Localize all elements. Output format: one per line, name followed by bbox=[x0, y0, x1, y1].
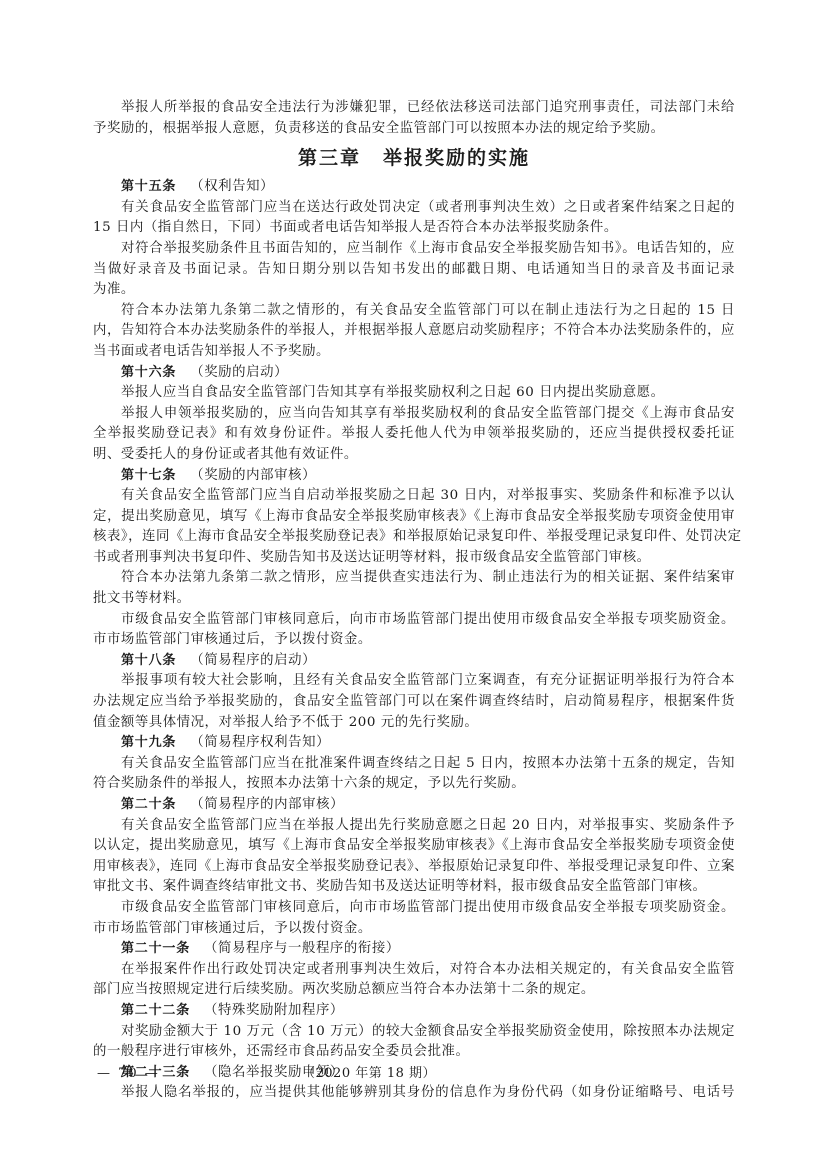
paragraph: 举报事项有较大社会影响，且经有关食品安全监管部门立案调查，有充分证据证明举报行为… bbox=[93, 671, 735, 733]
text-line: 有关食品安全监管部门应当在批准案件调查终结之日起 5 日内，按照本办法第十五条的… bbox=[93, 754, 735, 775]
intro-paragraph: 举报人所举报的食品安全违法行为涉嫌犯罪，已经依法移送司法部门追究刑事责任，司法部… bbox=[93, 98, 735, 139]
text-line: 符合本办法第九条第二款之情形的，有关食品安全监管部门可以在制止违法行为之日起的 … bbox=[93, 301, 735, 322]
article-heading: 第二十条（简易程序的内部审核） bbox=[93, 795, 735, 816]
article: 第二十一条（简易程序与一般程序的衔接）在举报案件作出行政处罚决定或者刑事判决生效… bbox=[93, 939, 735, 1001]
text-line: 当做好录音及书面记录。告知日期分别以告知书发出的邮戳日期、电话通知当日的录音及书… bbox=[93, 260, 735, 281]
article-number: 第十八条 bbox=[121, 653, 176, 668]
paragraph: 举报人申领举报奖励的，应当向告知其享有举报奖励权利的食品安全监管部门提交《上海市… bbox=[93, 404, 735, 466]
text-line: 有关食品安全监管部门应当在送达行政处罚决定（或者刑事判决生效）之日或者案件结案之… bbox=[93, 198, 735, 219]
text-line: 书或者刑事判决书复印件、奖励告知书及送达证明等材料，报市级食品安全监管部门审核。 bbox=[93, 548, 735, 569]
paragraph: 符合本办法第九条第二款之情形，应当提供查实违法行为、制止违法行为的相关证据、案件… bbox=[93, 568, 735, 609]
article: 第十八条（简易程序的启动）举报事项有较大社会影响，且经有关食品安全监管部门立案调… bbox=[93, 651, 735, 733]
article-heading: 第十九条（简易程序权利告知） bbox=[93, 733, 735, 754]
page-number: — 70 — bbox=[97, 1064, 160, 1084]
article-number: 第二十二条 bbox=[121, 1003, 190, 1018]
paragraph: 符合本办法第九条第二款之情形的，有关食品安全监管部门可以在制止违法行为之日起的 … bbox=[93, 301, 735, 363]
text-line: 举报人所举报的食品安全违法行为涉嫌犯罪，已经依法移送司法部门追究刑事责任，司法部… bbox=[93, 98, 735, 119]
paragraph: 举报人应当自食品安全监管部门告知其享有举报奖励权利之日起 60 日内提出奖励意愿… bbox=[93, 383, 735, 404]
text-line: 有关食品安全监管部门应当自启动举报奖励之日起 30 日内，对举报事实、奖励条件和… bbox=[93, 486, 735, 507]
article-title: （简易程序权利告知） bbox=[190, 735, 330, 750]
article-heading: 第二十一条（简易程序与一般程序的衔接） bbox=[93, 939, 735, 960]
text-line: 市级食品安全监管部门审核同意后，向市市场监管部门提出使用市级食品安全举报专项奖励… bbox=[93, 610, 735, 631]
text-line: 办法规定应当给予举报奖励的，食品安全监管部门可以在案件调查终结时，启动简易程序，… bbox=[93, 692, 735, 713]
article-heading: 第十八条（简易程序的启动） bbox=[93, 651, 735, 672]
text-line: 内，告知符合本办法奖励条件的举报人，并根据举报人意愿启动奖励程序；不符合本办法奖… bbox=[93, 321, 735, 342]
text-line: 批文书等材料。 bbox=[93, 589, 735, 610]
chapter-number: 第三章 bbox=[298, 147, 361, 169]
article-title: （简易程序与一般程序的衔接） bbox=[204, 941, 400, 956]
text-line: 市市场监管部门审核通过后，予以拨付资金。 bbox=[93, 919, 735, 940]
chapter-title: 举报奖励的实施 bbox=[383, 147, 530, 169]
paragraph: 市级食品安全监管部门审核同意后，向市市场监管部门提出使用市级食品安全举报专项奖励… bbox=[93, 898, 735, 939]
text-line: 为准。 bbox=[93, 280, 735, 301]
text-line: 明、受委托人的身份证或者其他有效证件。 bbox=[93, 445, 735, 466]
article-title: （奖励的内部审核） bbox=[190, 468, 316, 483]
article: 第十九条（简易程序权利告知）有关食品安全监管部门应当在批准案件调查终结之日起 5… bbox=[93, 733, 735, 795]
text-line: 核表》，连同《上海市食品安全举报奖励登记表》和举报原始记录复印件、举报受理记录复… bbox=[93, 527, 735, 548]
articles-list: 第十五条（权利告知）有关食品安全监管部门应当在送达行政处罚决定（或者刑事判决生效… bbox=[93, 177, 735, 1104]
article-title: （特殊奖励附加程序） bbox=[204, 1003, 344, 1018]
text-line: 举报人应当自食品安全监管部门告知其享有举报奖励权利之日起 60 日内提出奖励意愿… bbox=[93, 383, 735, 404]
article: 第二十二条（特殊奖励附加程序）对奖励金额大于 10 万元（含 10 万元）的较大… bbox=[93, 1001, 735, 1063]
text-line: 在举报案件作出行政处罚决定或者刑事判决生效后，对符合本办法相关规定的，有关食品安… bbox=[93, 960, 735, 981]
text-line: 举报事项有较大社会影响，且经有关食品安全监管部门立案调查，有充分证据证明举报行为… bbox=[93, 671, 735, 692]
text-line: 举报人申领举报奖励的，应当向告知其享有举报奖励权利的食品安全监管部门提交《上海市… bbox=[93, 404, 735, 425]
text-line: 符合本办法第九条第二款之情形，应当提供查实违法行为、制止违法行为的相关证据、案件… bbox=[93, 568, 735, 589]
text-line: 的一般程序进行审核外，还需经市食品药品安全委员会批准。 bbox=[93, 1042, 735, 1063]
text-line: 对符合举报奖励条件且书面告知的，应当制作《上海市食品安全举报奖励告知书》。电话告… bbox=[93, 239, 735, 260]
paragraph: 有关食品安全监管部门应当在举报人提出先行奖励意愿之日起 20 日内，对举报事实、… bbox=[93, 816, 735, 898]
article: 第二十条（简易程序的内部审核）有关食品安全监管部门应当在举报人提出先行奖励意愿之… bbox=[93, 795, 735, 939]
article-heading: 第二十二条（特殊奖励附加程序） bbox=[93, 1001, 735, 1022]
article: 第十五条（权利告知）有关食品安全监管部门应当在送达行政处罚决定（或者刑事判决生效… bbox=[93, 177, 735, 362]
article: 第十六条（奖励的启动）举报人应当自食品安全监管部门告知其享有举报奖励权利之日起 … bbox=[93, 363, 735, 466]
text-line: 全举报奖励登记表》和有效身份证件。举报人委托他人代为申领举报奖励的，还应当提供授… bbox=[93, 424, 735, 445]
text-line: 15 日内（指自然日，下同）书面或者电话告知举报人是否符合本办法举报奖励条件。 bbox=[93, 218, 735, 239]
paragraph: 有关食品安全监管部门应当在批准案件调查终结之日起 5 日内，按照本办法第十五条的… bbox=[93, 754, 735, 795]
article-number: 第十五条 bbox=[121, 179, 176, 194]
page-footer: — 70 — （2020 年第 18 期） bbox=[97, 1064, 737, 1084]
paragraph: 有关食品安全监管部门应当在送达行政处罚决定（或者刑事判决生效）之日或者案件结案之… bbox=[93, 198, 735, 239]
issue-label: （2020 年第 18 期） bbox=[302, 1064, 436, 1084]
text-line: 审批文书、案件调查终结审批文书、奖励告知书及送达证明等材料，报市级食品安全监管部… bbox=[93, 877, 735, 898]
article-number: 第二十一条 bbox=[121, 941, 190, 956]
text-line: 当书面或者电话告知举报人不予奖励。 bbox=[93, 342, 735, 363]
article-heading: 第十七条（奖励的内部审核） bbox=[93, 466, 735, 487]
paragraph: 市级食品安全监管部门审核同意后，向市市场监管部门提出使用市级食品安全举报专项奖励… bbox=[93, 610, 735, 651]
article-heading: 第十五条（权利告知） bbox=[93, 177, 735, 198]
text-line: 举报人隐名举报的，应当提供其他能够辨别其身份的信息作为身份代码（如身份证缩略号、… bbox=[93, 1083, 735, 1104]
text-line: 部门应当按照规定进行后续奖励。两次奖励总额应当符合本办法第十二条的规定。 bbox=[93, 980, 735, 1001]
text-line: 值金额等具体情况，对举报人给予不低于 200 元的先行奖励。 bbox=[93, 713, 735, 734]
text-line: 市级食品安全监管部门审核同意后，向市市场监管部门提出使用市级食品安全举报专项奖励… bbox=[93, 898, 735, 919]
article-number: 第十七条 bbox=[121, 468, 176, 483]
text-line: 用审核表》，连同《上海市食品安全举报奖励登记表》、举报原始记录复印件、举报受理记… bbox=[93, 857, 735, 878]
paragraph: 在举报案件作出行政处罚决定或者刑事判决生效后，对符合本办法相关规定的，有关食品安… bbox=[93, 960, 735, 1001]
text-line: 符合奖励条件的举报人，按照本办法第十六条的规定，予以先行奖励。 bbox=[93, 774, 735, 795]
article-title: （权利告知） bbox=[190, 179, 274, 194]
paragraph: 有关食品安全监管部门应当自启动举报奖励之日起 30 日内，对举报事实、奖励条件和… bbox=[93, 486, 735, 568]
article-number: 第十九条 bbox=[121, 735, 176, 750]
text-line: 对奖励金额大于 10 万元（含 10 万元）的较大金额食品安全举报奖励资金使用，… bbox=[93, 1022, 735, 1043]
text-line: 以认定，提出奖励意见，填写《上海市食品安全举报奖励审核表》《上海市食品安全举报奖… bbox=[93, 836, 735, 857]
text-line: 有关食品安全监管部门应当在举报人提出先行奖励意愿之日起 20 日内，对举报事实、… bbox=[93, 816, 735, 837]
article-title: （简易程序的启动） bbox=[190, 653, 316, 668]
paragraph: 举报人隐名举报的，应当提供其他能够辨别其身份的信息作为身份代码（如身份证缩略号、… bbox=[93, 1083, 735, 1104]
document-page: 举报人所举报的食品安全违法行为涉嫌犯罪，已经依法移送司法部门追究刑事责任，司法部… bbox=[93, 98, 735, 1104]
text-line: 市市场监管部门审核通过后，予以拨付资金。 bbox=[93, 630, 735, 651]
article-heading: 第十六条（奖励的启动） bbox=[93, 363, 735, 384]
text-line: 予奖励的，根据举报人意愿，负责移送的食品安全监管部门可以按照本办法的规定给予奖励… bbox=[93, 119, 735, 140]
paragraph: 对奖励金额大于 10 万元（含 10 万元）的较大金额食品安全举报奖励资金使用，… bbox=[93, 1022, 735, 1063]
article-title: （简易程序的内部审核） bbox=[190, 797, 344, 812]
article: 第十七条（奖励的内部审核）有关食品安全监管部门应当自启动举报奖励之日起 30 日… bbox=[93, 466, 735, 651]
paragraph: 对符合举报奖励条件且书面告知的，应当制作《上海市食品安全举报奖励告知书》。电话告… bbox=[93, 239, 735, 301]
text-line: 定，提出奖励意见，填写《上海市食品安全举报奖励审核表》《上海市食品安全举报奖励专… bbox=[93, 507, 735, 528]
article-number: 第二十条 bbox=[121, 797, 176, 812]
article-number: 第十六条 bbox=[121, 365, 176, 380]
chapter-heading: 第三章举报奖励的实施 bbox=[93, 139, 735, 177]
article-title: （奖励的启动） bbox=[190, 365, 288, 380]
